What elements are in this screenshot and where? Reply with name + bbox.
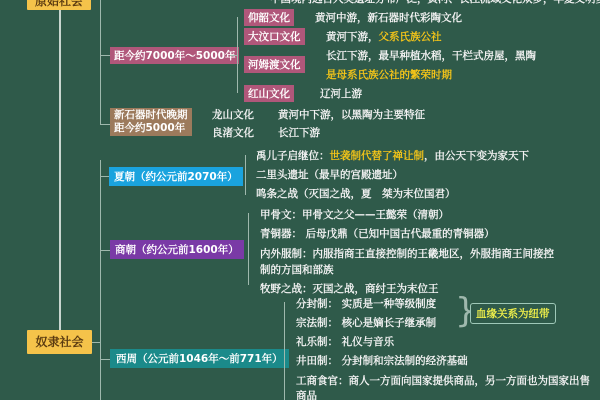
culture-dawenkou: 大汶口文化 — [244, 28, 305, 45]
branch-h4 — [100, 250, 110, 251]
hemudu-desc-2: 是母系氏族公社的繁荣时期 — [326, 67, 452, 82]
branch-h5 — [92, 342, 100, 343]
branch-h1 — [100, 55, 110, 56]
zhou-item-1: 分封制： 实质是一种等级制度 — [296, 296, 436, 311]
zhou-vline — [284, 302, 285, 400]
hongshan-desc: 辽河上游 — [320, 86, 362, 101]
dawenkou-desc-highlight: 父系氏族公社 — [379, 31, 442, 43]
root-primitive-society: 原始社会 — [27, 0, 91, 10]
branch-h2 — [100, 124, 110, 125]
shang-item-3-cont: 制的方国和部族 — [260, 262, 334, 277]
dawenkou-desc-plain: 黄河下游， — [326, 31, 379, 43]
xia-vline — [245, 155, 246, 195]
culture-hemudu: 河姆渡文化 — [244, 56, 305, 73]
yangshao-desc: 黄河中游，新石器时代彩陶文化 — [315, 10, 462, 25]
xia-dynasty-node: 夏朝（约公元前2070年） — [109, 167, 243, 186]
period-7000-5000-node: 距今约7000年～5000年 — [110, 47, 239, 64]
period2-label-line2: 距今约5000年 — [114, 122, 188, 135]
zhou-item-2: 宗法制： 核心是嫡长子继承制 — [296, 315, 436, 330]
period2-label-line1: 新石器时代晚期 — [114, 109, 188, 122]
xia-item-1: 禹儿子启继位：世袭制代替了禅让制，由公天下变为家天下 — [256, 148, 529, 163]
branch-line-2 — [100, 160, 101, 400]
shang-item-3: 内外服制：内服指商王直接控制的王畿地区，外服指商王间接控 — [260, 246, 554, 261]
xia-item-1-highlight: 世袭制代替了禅让制 — [330, 150, 425, 162]
liangzhu-desc: 长江下游 — [278, 125, 320, 140]
xia-item-2: 二里头遗址（最早的宫殿遗址） — [256, 167, 403, 182]
shang-item-4: 牧野之战：灭国之战，商纣王为末位王 — [260, 281, 439, 296]
culture-liangzhu: 良渚文化 — [212, 125, 254, 140]
western-zhou-node: 西周（公元前1046年～前771年） — [110, 349, 289, 368]
shang-vline — [248, 213, 249, 285]
p1-h0 — [230, 55, 238, 56]
root-slave-society: 奴隶社会 — [27, 330, 92, 354]
spine-line — [59, 10, 61, 330]
culture-longshan: 龙山文化 — [212, 107, 254, 122]
zhou-item-5: 工商食官：商人一方面向国家提供商品，另一方面也为国家出售 — [296, 373, 590, 388]
branch-h6 — [100, 359, 110, 360]
culture-yangshao: 仰韶文化 — [244, 9, 294, 26]
zhou-item-5-cont: 商品 — [296, 388, 317, 400]
blood-tie-note: 血缘关系为纽带 — [470, 303, 556, 324]
zhou-item-3: 礼乐制： 礼仪与音乐 — [296, 334, 394, 349]
xia-item-1-plain2: ，由公天下变为家天下 — [424, 150, 529, 162]
shang-dynasty-node: 商朝（约公元前1600年） — [110, 240, 244, 259]
hemudu-desc-1: 长江下游，最早种植水稻，干栏式房屋，黑陶 — [326, 48, 536, 63]
branch-line-1 — [100, 0, 101, 125]
xia-item-3: 鸣条之战（灭国之战，夏 桀为末位国君） — [256, 186, 456, 201]
shang-item-2: 青铜器： 后母戊鼎（已知中国古代最重的青铜器） — [260, 226, 495, 241]
xia-item-1-plain: 禹儿子启继位： — [256, 150, 330, 162]
period-late-neolithic-node: 新石器时代晚期 距今约5000年 — [110, 108, 192, 136]
dawenkou-desc: 黄河下游，父系氏族公社 — [326, 29, 442, 44]
shang-item-1: 甲骨文：甲骨文之父——王懿荣（清朝） — [260, 207, 449, 222]
zhou-item-4: 井田制： 分封制和宗法制的经济基础 — [296, 353, 468, 368]
top-clipped-text: 中国境内远古人类遗址分布广泛，黄河、长江流域文化众多，华夏文明多元一体的发展基础 — [270, 0, 600, 6]
culture-hongshan: 红山文化 — [244, 85, 294, 102]
longshan-desc: 黄河中下游，以黑陶为主要特征 — [278, 107, 425, 122]
